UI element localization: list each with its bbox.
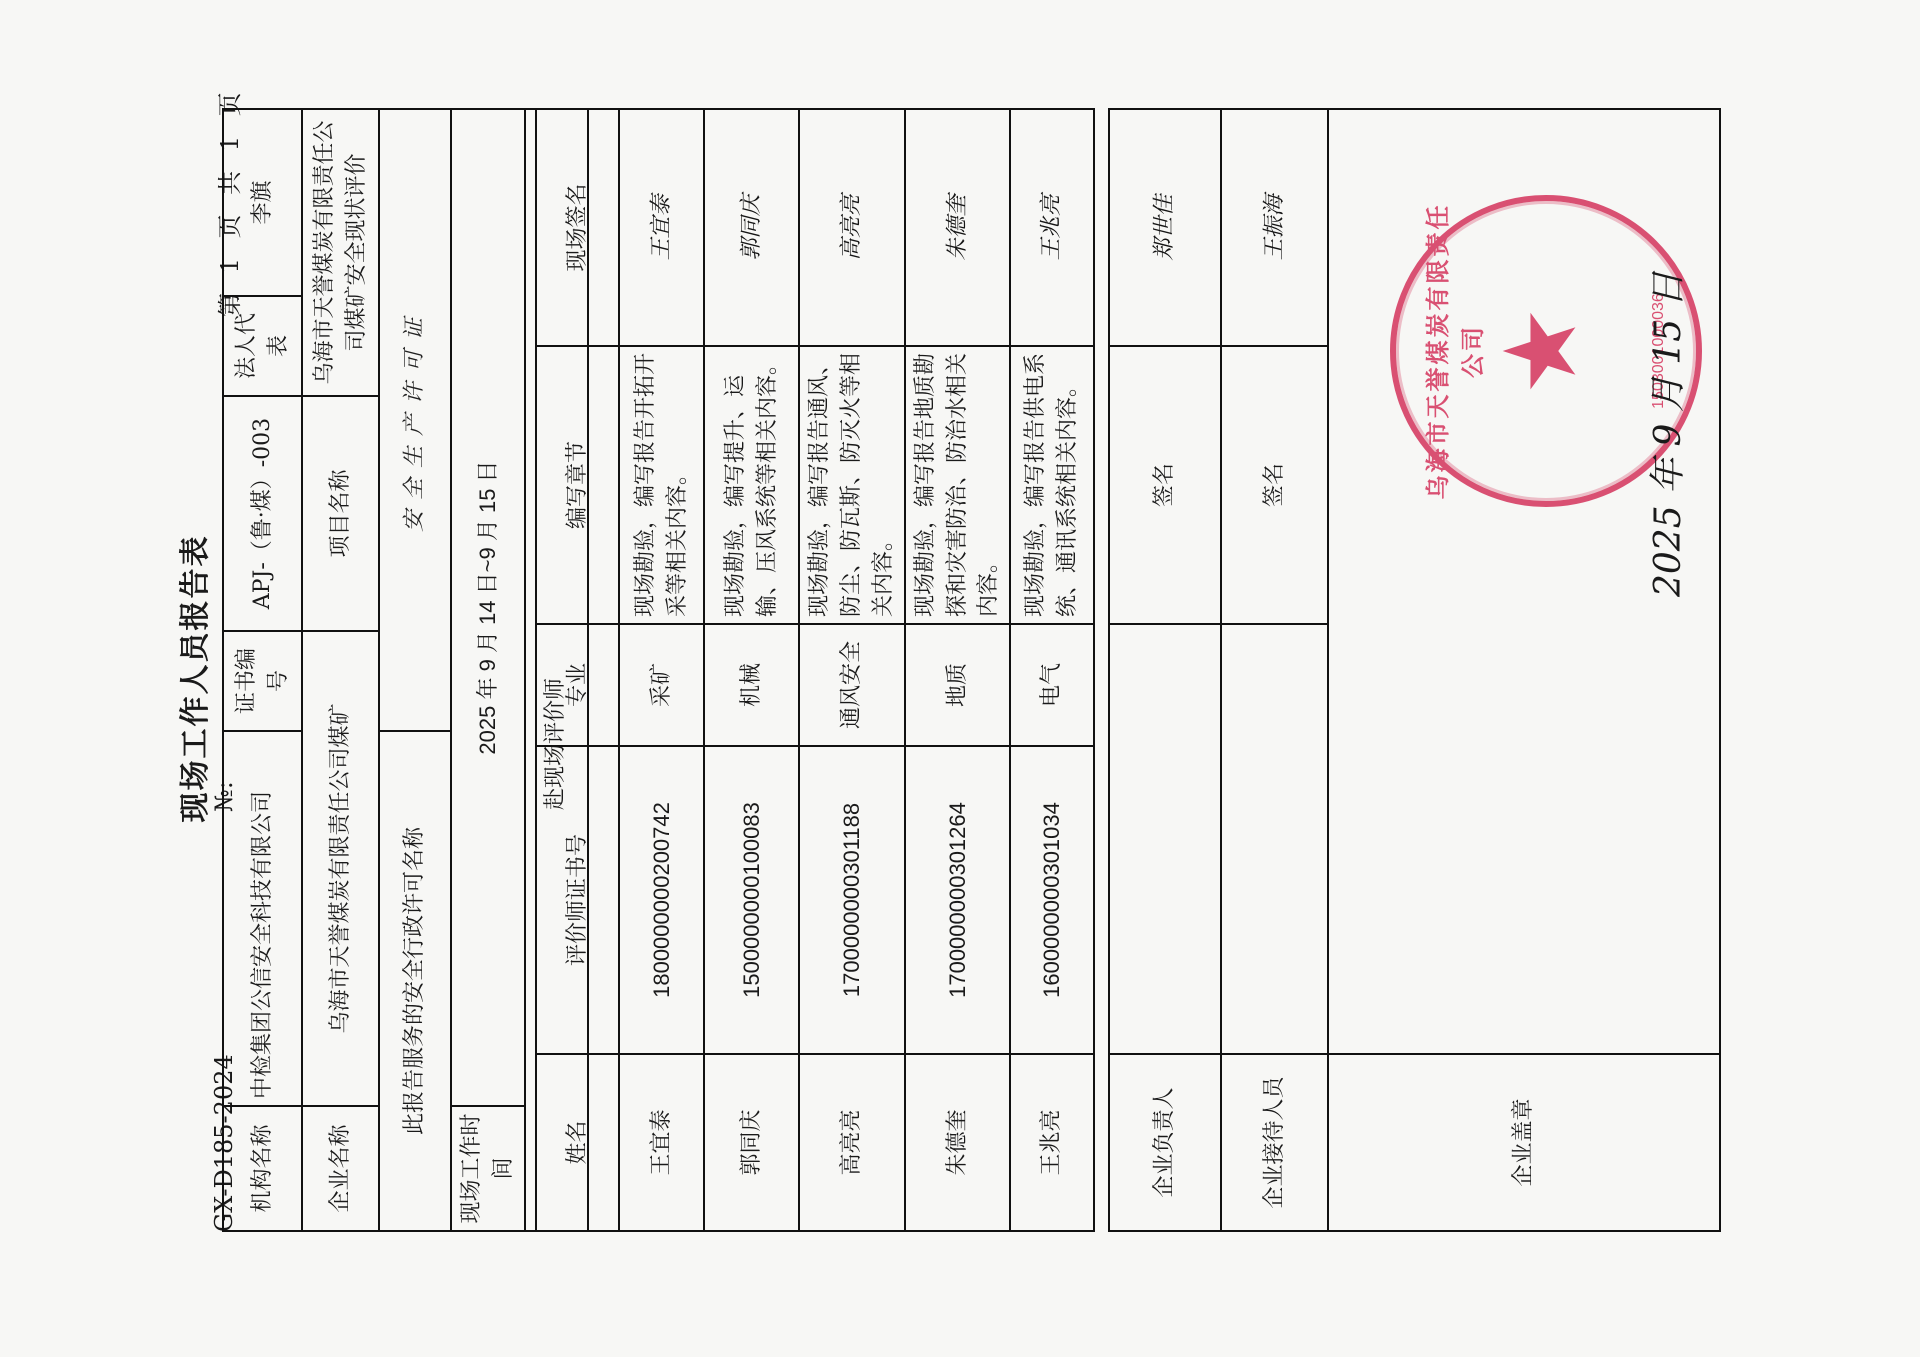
header-signature: 现场签名 [536,109,619,346]
permit-value: 安全生产许可证 [379,109,451,731]
cell-chapters: 现场勘验，编写提升、运输、压风系统等相关内容。 [704,346,799,624]
cell-name: 王宜泰 [619,1054,704,1231]
cell-chapters: 现场勘验，编写报告开拓开采等相关内容。 [619,346,704,624]
receiver-blank [1221,624,1328,1054]
table-header-row: 姓名 评价师证书号 专业 编写章节 现场签名 [536,109,619,1231]
legal-rep-label: 法人代表 [223,296,302,396]
company-value: 乌海市天誉煤炭有限责任公司煤矿 [302,631,379,1106]
evaluator-table: 姓名 评价师证书号 专业 编写章节 现场签名 王宜泰 1800000000200… [535,108,1095,1232]
star-icon: ★ [1491,201,1591,501]
cell-major: 采矿 [619,624,704,746]
header-chapters: 编写章节 [536,346,619,624]
leader-signature: 郑世佳 [1109,109,1221,346]
cert-value: APJ-（鲁·煤）-003 [223,396,302,631]
permit-label: 此报告服务的安全行政许可名称 [379,731,451,1231]
cell-cert-no: 1700000000301188 [799,746,905,1054]
project-label: 项目名称 [302,396,379,631]
org-value: 中检集团公信安全科技有限公司 [223,731,302,1106]
seal-date: 2025 年 9 月 15 日 [1640,271,1691,597]
table-row: 朱德奎 1700000000301264 地质 现场勘验，编写报告地质勘探和灾害… [905,109,1011,1231]
cell-major: 电气 [1010,624,1094,746]
worktime-label: 现场工作时间 [451,1106,525,1231]
legal-rep-value: 李旗 [223,109,302,296]
leader-sign-label: 签名 [1109,346,1221,624]
header-name: 姓名 [536,1054,619,1231]
cert-label: 证书编号 [223,631,302,731]
document-title: 现场工作人员报告表 [170,0,214,1357]
table-row: 郭同庆 1500000000100083 机械 现场勘验，编写提升、运输、压风系… [704,109,799,1231]
cell-signature: 朱德奎 [905,109,1011,346]
cell-major: 地质 [905,624,1011,746]
cell-signature: 郭同庆 [704,109,799,346]
org-label: 机构名称 [223,1106,302,1231]
cell-signature: 高亮亮 [799,109,905,346]
worktime-value: 2025 年 9 月 14 日~9 月 15 日 [451,109,525,1106]
project-value: 乌海市天誉煤炭有限责任公司煤矿安全现状评价 [302,109,379,396]
cell-name: 高亮亮 [799,1054,905,1231]
seal-label: 企业盖章 [1328,1054,1720,1231]
receiver-label: 企业接待人员 [1221,1054,1328,1231]
info-table: 机构名称 中检集团公信安全科技有限公司 证书编号 APJ-（鲁·煤）-003 法… [222,108,589,1232]
cell-name: 郭同庆 [704,1054,799,1231]
header-major: 专业 [536,624,619,746]
table-row: 王宜泰 1800000000200742 采矿 现场勘验，编写报告开拓开采等相关… [619,109,704,1231]
receiver-sign-label: 签名 [1221,346,1328,624]
cell-major: 通风安全 [799,624,905,746]
header-cert-no: 评价师证书号 [536,746,619,1054]
seal-text: 乌海市天誉煤炭有限责任公司 [1418,201,1488,501]
cell-name: 王兆亮 [1010,1054,1094,1231]
cell-major: 机械 [704,624,799,746]
company-label: 企业名称 [302,1106,379,1231]
cell-cert-no: 1500000000100083 [704,746,799,1054]
leader-blank [1109,624,1221,1054]
cell-signature: 王兆亮 [1010,109,1094,346]
cell-cert-no: 1800000000200742 [619,746,704,1054]
table-row: 高亮亮 1700000000301188 通风安全 现场勘验，编写报告通风、防尘… [799,109,905,1231]
cell-cert-no: 1600000000301034 [1010,746,1094,1054]
document-page: 现场工作人员报告表 GX-D185-2024 №: 第 1 页 共 1 页 机构… [0,0,1920,1357]
receiver-signature: 王振海 [1221,109,1328,346]
leader-label: 企业负责人 [1109,1054,1221,1231]
cell-chapters: 现场勘验，编写报告供电系统、通讯系统相关内容。 [1010,346,1094,624]
cell-name: 朱德奎 [905,1054,1011,1231]
cell-signature: 王宜泰 [619,109,704,346]
cell-chapters: 现场勘验，编写报告通风、防尘、防瓦斯、防灭火等相关内容。 [799,346,905,624]
cell-chapters: 现场勘验，编写报告地质勘探和灾害防治、防治水相关内容。 [905,346,1011,624]
cell-cert-no: 1700000000301264 [905,746,1011,1054]
table-row: 王兆亮 1600000000301034 电气 现场勘验，编写报告供电系统、通讯… [1010,109,1094,1231]
